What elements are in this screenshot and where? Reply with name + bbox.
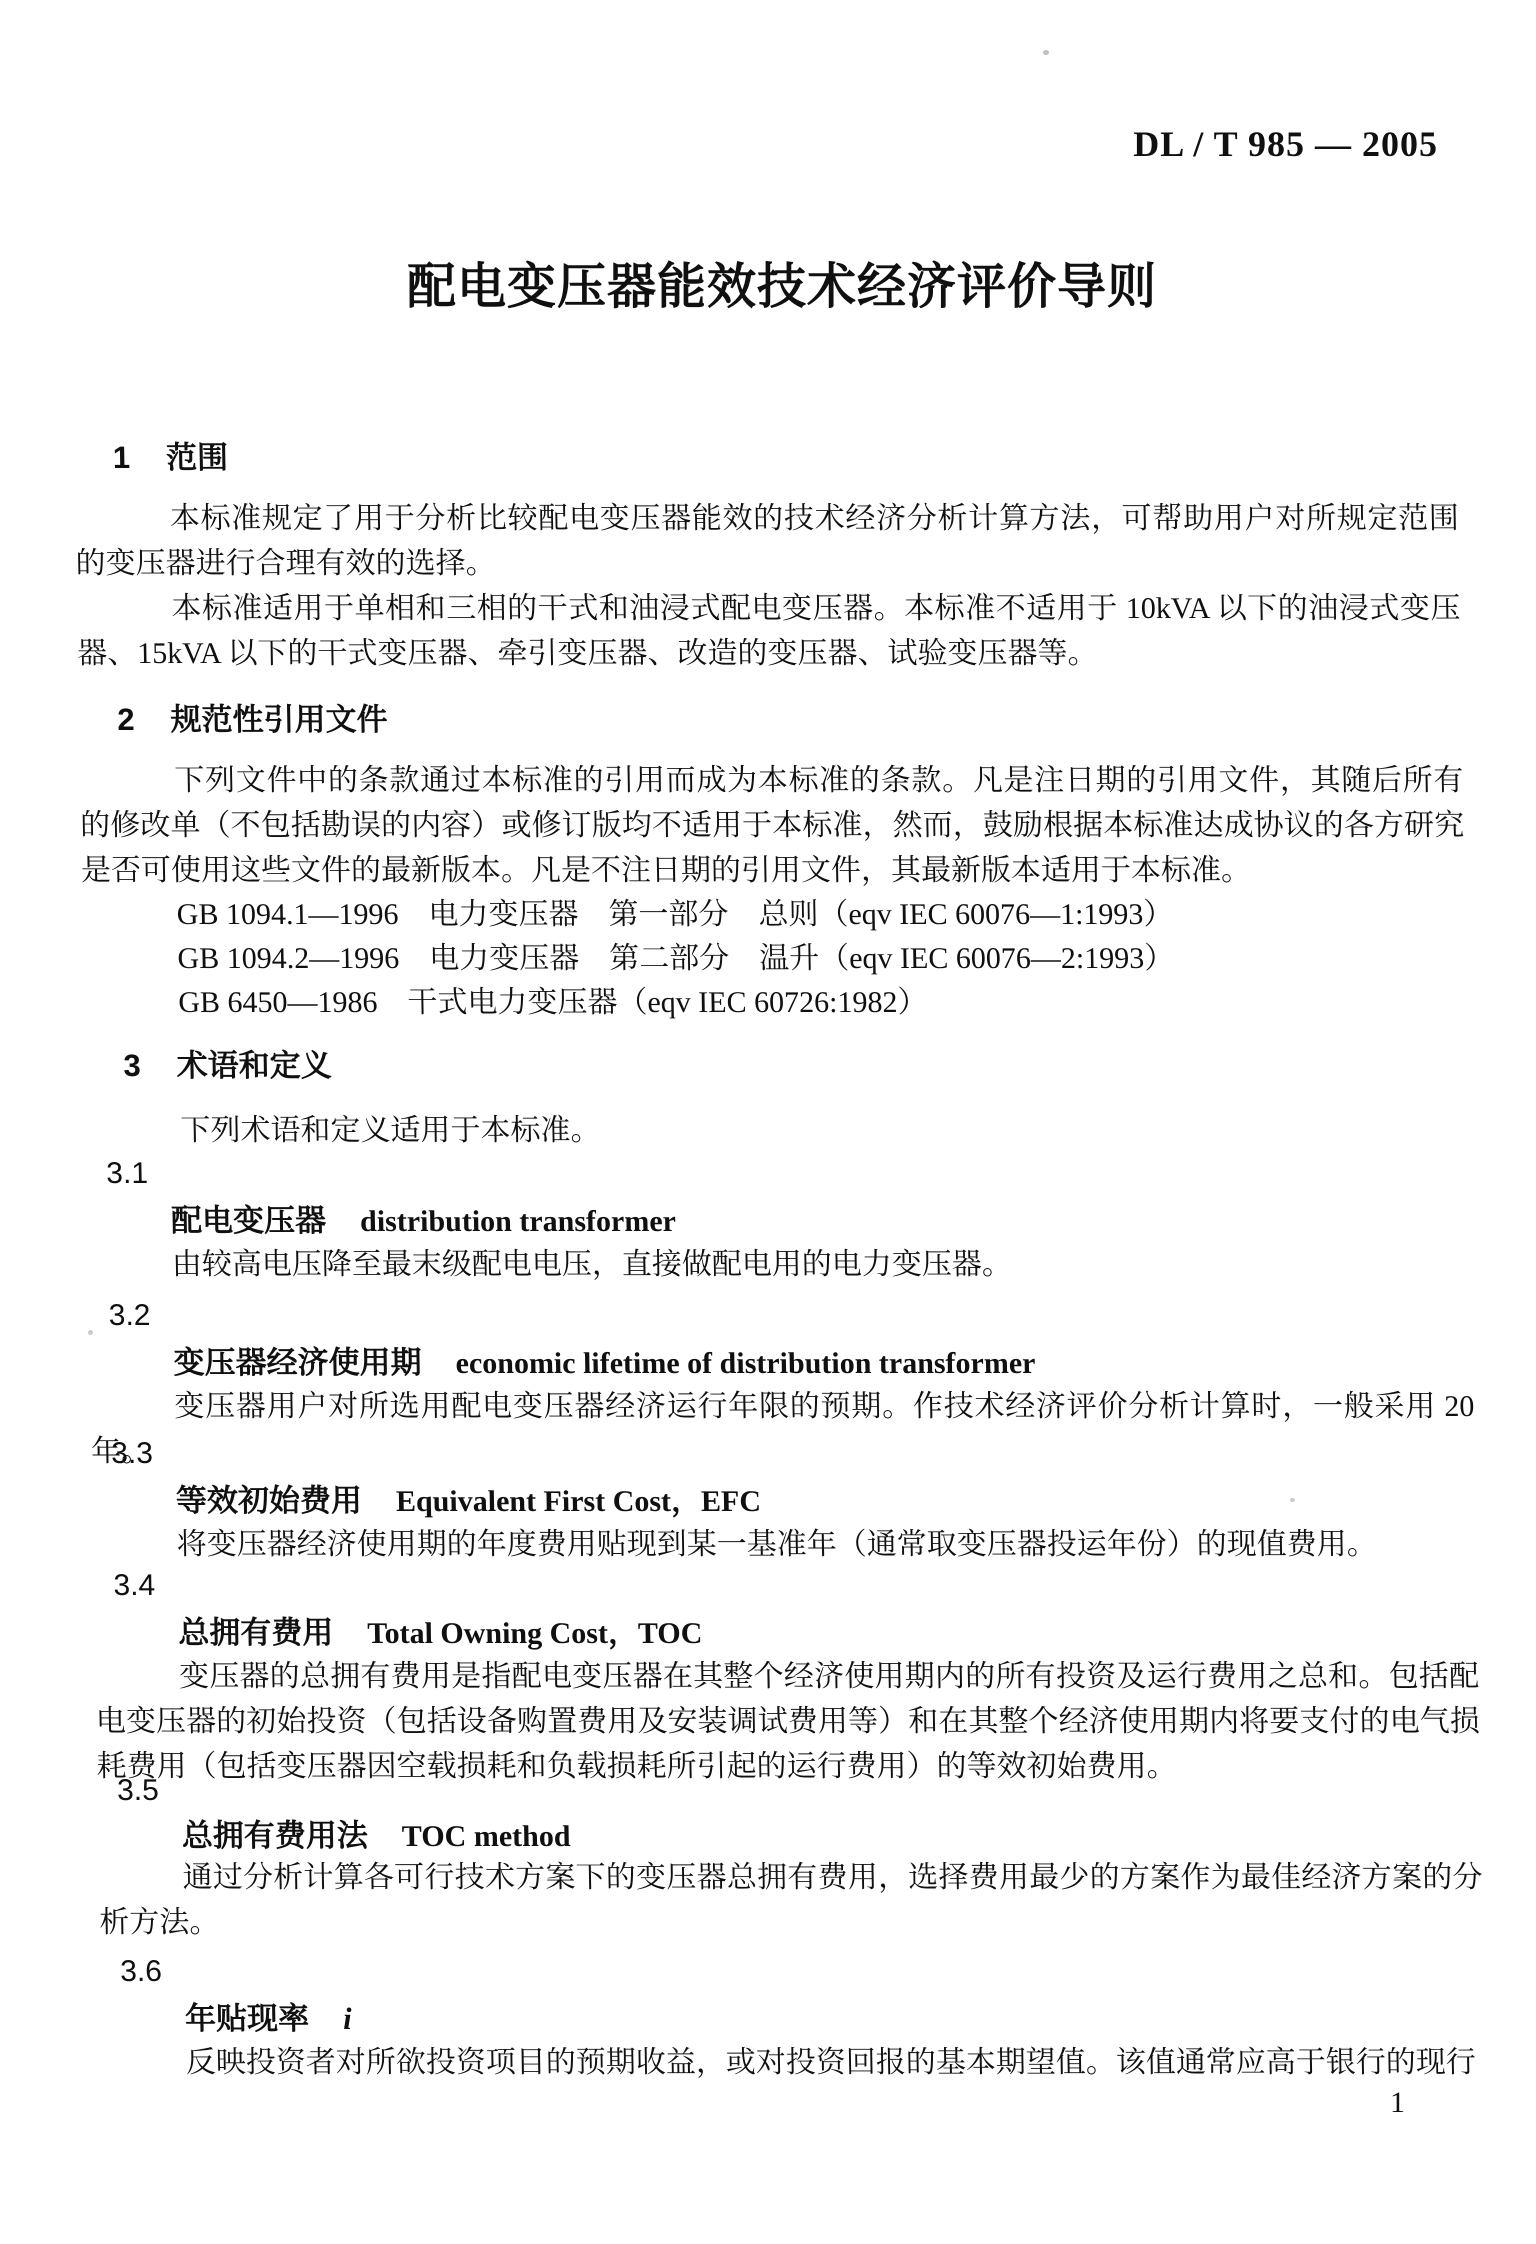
term-number: 3.4 bbox=[93, 1566, 1498, 1606]
gb-reference: GB 1094.2—1996 电力变压器 第二部分 温升（eqv IEC 600… bbox=[82, 936, 1536, 981]
term-heading: 总拥有费用法TOC method bbox=[97, 1813, 1536, 1859]
section-number: 2 bbox=[117, 700, 135, 740]
term-name-en: economic lifetime of distribution transf… bbox=[455, 1347, 1035, 1380]
term-heading: 变压器经济使用期economic lifetime of distributio… bbox=[89, 1340, 1536, 1386]
gb-reference: GB 6450—1986 干式电力变压器（eqv IEC 60726:1982） bbox=[83, 980, 1536, 1025]
paragraph: 下列术语和定义适用于本标准。 bbox=[85, 1108, 1470, 1153]
term-definition: 变压器的总拥有费用是指配电变压器在其整个经济使用期内的所有投资及运行费用之总和。… bbox=[95, 1654, 1481, 1789]
section-1-heading: 1范围 bbox=[73, 438, 1497, 478]
term-definition: 将变压器经济使用期的年度费用贴现到某一基准年（通常取变压器投运年份）的现值费用。 bbox=[92, 1522, 1477, 1567]
term-name-zh: 等效初始费用 bbox=[176, 1483, 363, 1518]
term-name-en: distribution transformer bbox=[360, 1205, 676, 1238]
term-definition: 反映投资者对所欲投资项目的预期收益，或对投资回报的基本期望值。该值通常应高于银行… bbox=[101, 2040, 1486, 2085]
term-number: 3.6 bbox=[100, 1952, 1505, 1992]
term-name-zh: 总拥有费用 bbox=[178, 1615, 334, 1650]
document-page: DL / T 985 — 2005 配电变压器能效技术经济评价导则 1范围 本标… bbox=[0, 0, 1536, 2244]
section-title: 范围 bbox=[166, 440, 229, 475]
term-name-en: TOC method bbox=[402, 1820, 571, 1853]
document-body: 1范围 本标准规定了用于分析比较配电变压器能效的技术经济分析计算方法，可帮助用户… bbox=[0, 0, 1536, 2244]
term-definition: 通过分析计算各可行技术方案下的变压器总拥有费用，选择费用最少的方案作为最佳经济方… bbox=[98, 1855, 1484, 1945]
term-number: 3.5 bbox=[97, 1771, 1502, 1811]
section-2-heading: 2规范性引用文件 bbox=[78, 700, 1502, 740]
term-number: 3.1 bbox=[86, 1154, 1491, 1194]
gb-reference: GB 1094.1—1996 电力变压器 第一部分 总则（eqv IEC 600… bbox=[81, 892, 1536, 937]
term-name-zh: 年贴现率 bbox=[185, 2001, 310, 2036]
term-name-en: Total Owning Cost，TOC bbox=[367, 1617, 703, 1650]
term-name-zh: 配电变压器 bbox=[171, 1203, 327, 1238]
paragraph: 下列文件中的条款通过本标准的引用而成为本标准的条款。凡是注日期的引用文件，其随后… bbox=[79, 758, 1465, 893]
page-number: 1 bbox=[1390, 2086, 1405, 2120]
term-number: 3.2 bbox=[88, 1296, 1493, 1336]
section-title: 术语和定义 bbox=[176, 1048, 332, 1083]
term-heading: 年贴现率i bbox=[101, 1996, 1536, 2042]
term-heading: 总拥有费用Total Owning Cost，TOC bbox=[94, 1610, 1536, 1656]
term-heading: 等效初始费用Equivalent First Cost，EFC bbox=[92, 1478, 1536, 1524]
term-name-en: Equivalent First Cost，EFC bbox=[396, 1485, 762, 1518]
paragraph: 本标准适用于单相和三相的干式和油浸式配电变压器。本标准不适用于 10kVA 以下… bbox=[76, 586, 1462, 676]
term-heading: 配电变压器distribution transformer bbox=[87, 1198, 1536, 1244]
paragraph: 本标准规定了用于分析比较配电变压器能效的技术经济分析计算方法，可帮助用户对所规定… bbox=[74, 496, 1460, 586]
term-number: 3.3 bbox=[91, 1434, 1496, 1474]
term-definition: 由较高电压降至最末级配电电压，直接做配电用的电力变压器。 bbox=[87, 1242, 1472, 1287]
section-title: 规范性引用文件 bbox=[170, 702, 388, 737]
section-number: 3 bbox=[123, 1046, 141, 1086]
term-name-zh: 总拥有费用法 bbox=[182, 1818, 369, 1853]
term-name-en: i bbox=[343, 2001, 352, 2036]
term-name-zh: 变压器经济使用期 bbox=[173, 1345, 422, 1380]
section-number: 1 bbox=[112, 438, 130, 478]
section-3-heading: 3术语和定义 bbox=[84, 1046, 1508, 1086]
